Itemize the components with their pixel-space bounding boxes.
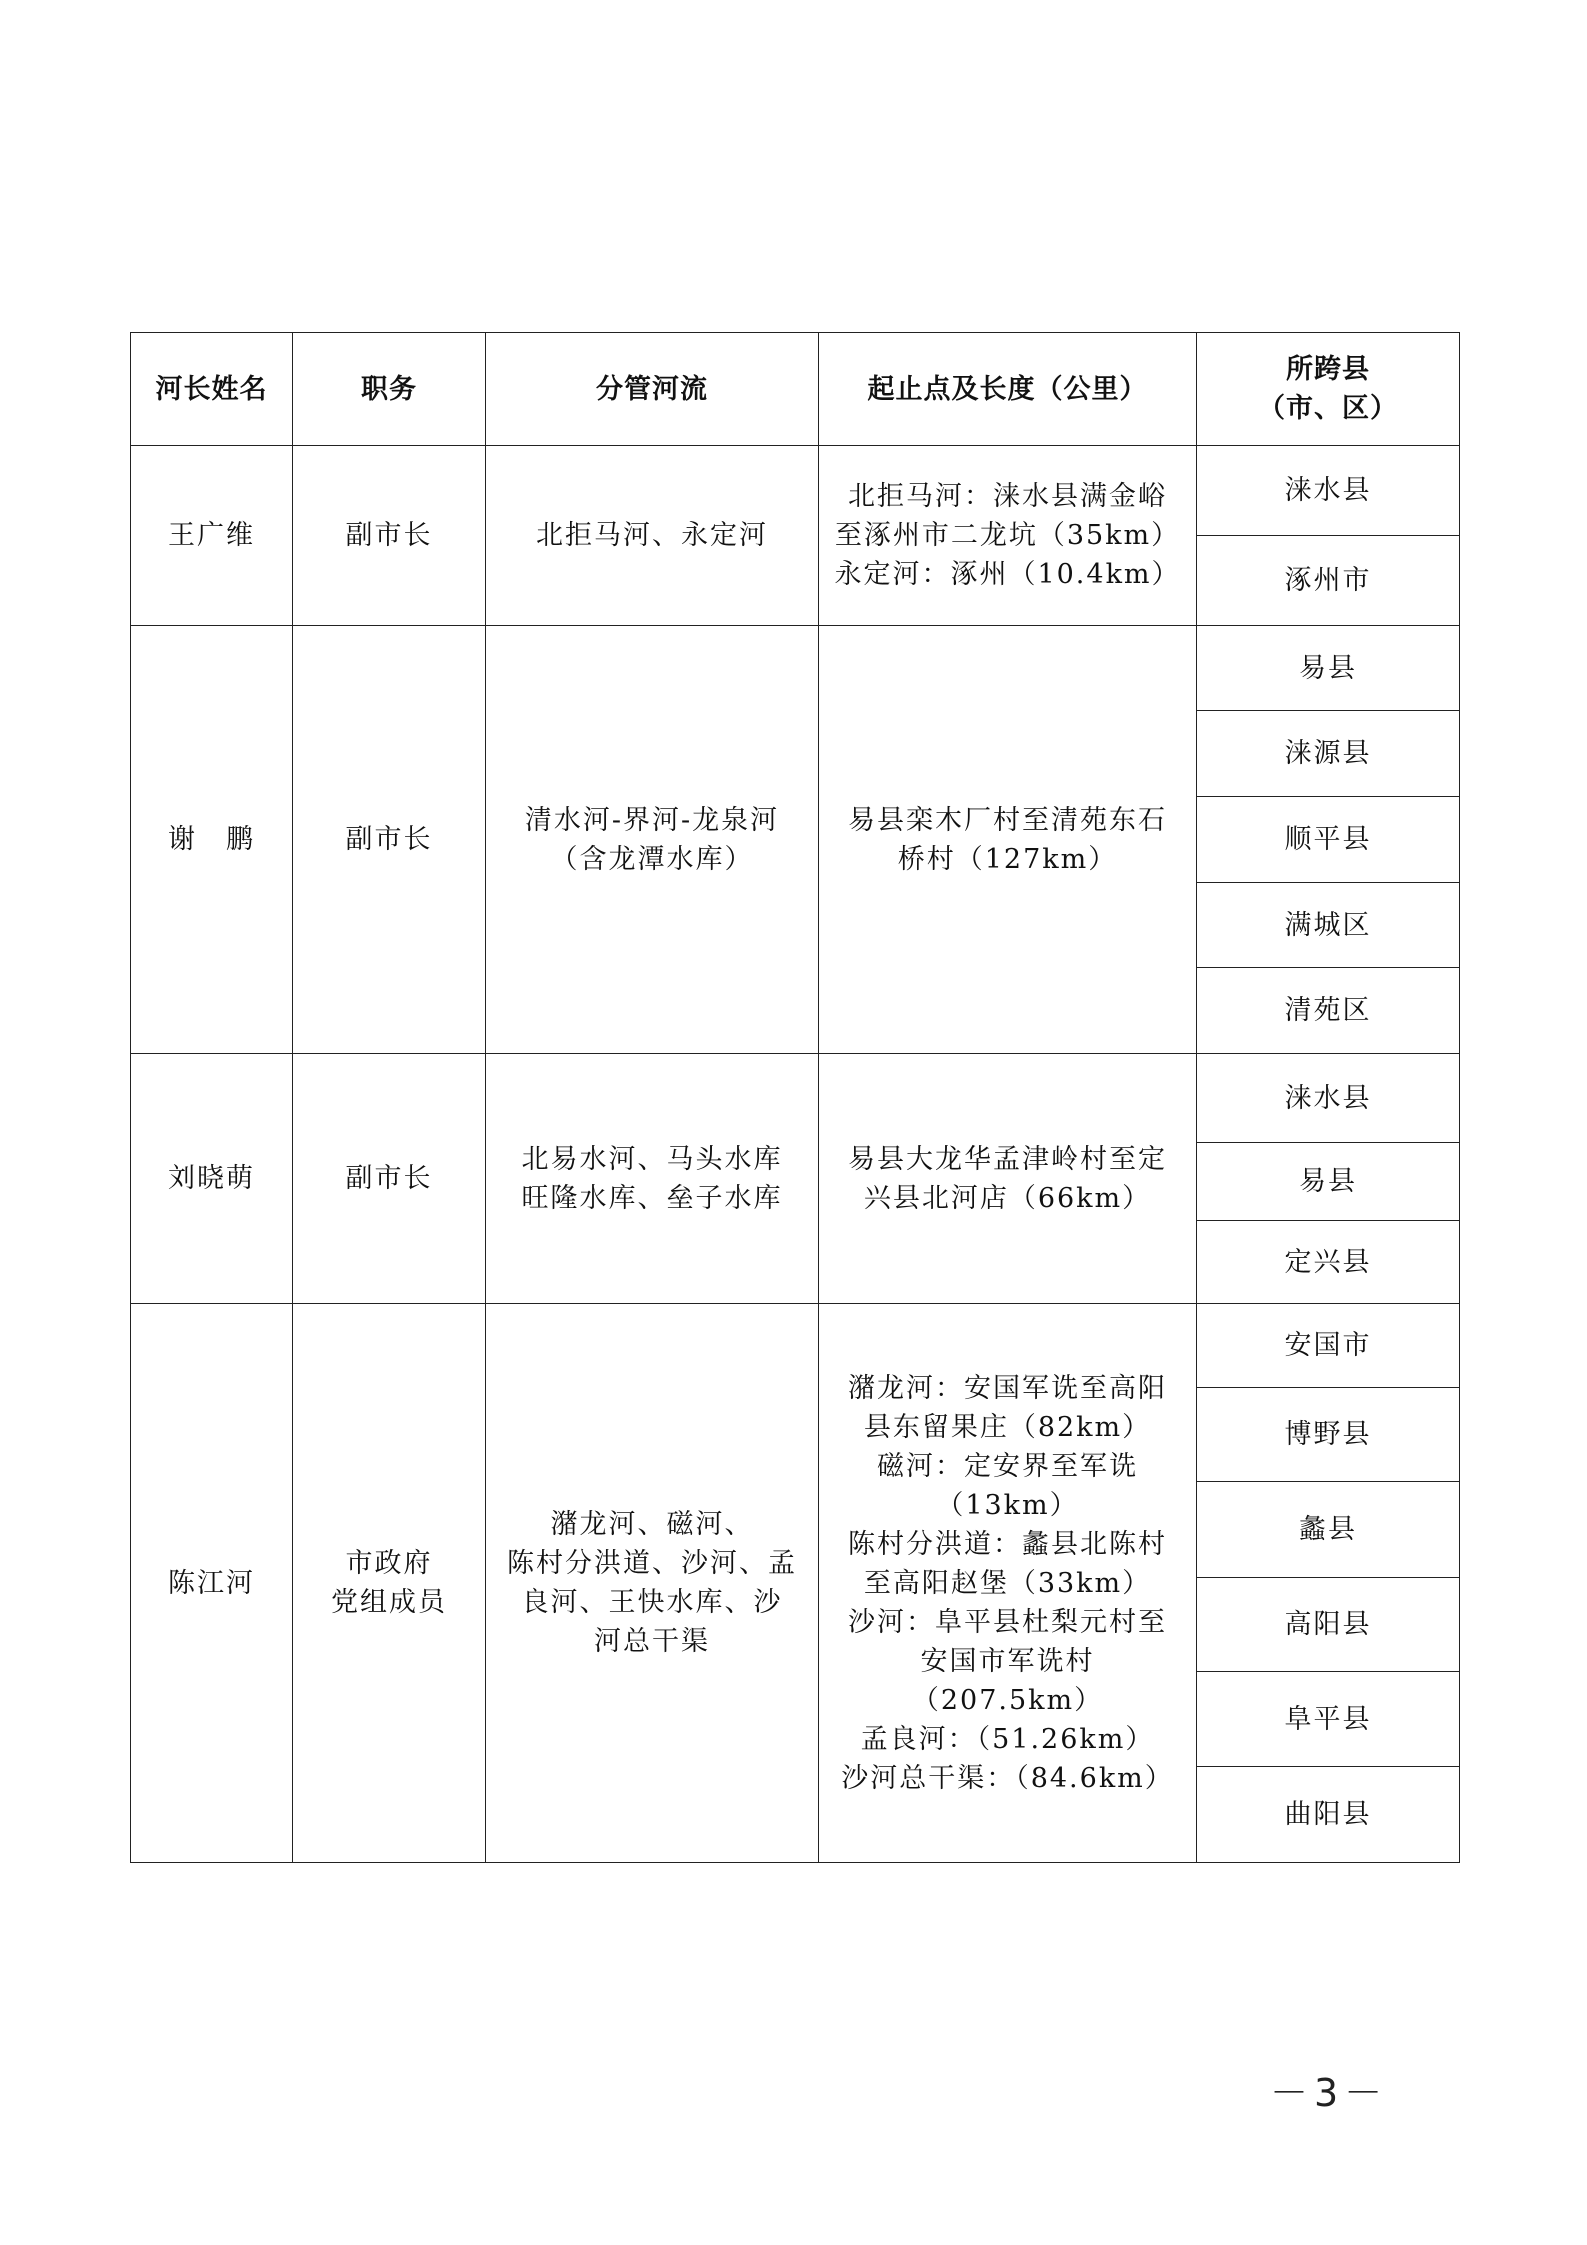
county-cell: 顺平县 <box>1197 797 1460 883</box>
chief-position: 副市长 <box>293 1054 486 1304</box>
managed-rivers: 北易水河、马头水库 旺隆水库、垒子水库 <box>486 1054 819 1304</box>
chief-position: 市政府 党组成员 <box>293 1304 486 1863</box>
county-cell: 高阳县 <box>1197 1578 1460 1672</box>
header-chief-name: 河长姓名 <box>131 333 293 446</box>
managed-rivers: 潴龙河、磁河、 陈村分洪道、沙河、孟 良河、王快水库、沙 河总干渠 <box>486 1304 819 1863</box>
county-cell: 涞源县 <box>1197 711 1460 797</box>
chief-position: 副市长 <box>293 626 486 1054</box>
chief-name: 刘晓萌 <box>131 1054 293 1304</box>
county-cell: 博野县 <box>1197 1388 1460 1482</box>
county-cell: 涞水县 <box>1197 1054 1460 1143</box>
table-row: 陈江河 市政府 党组成员 潴龙河、磁河、 陈村分洪道、沙河、孟 良河、王快水库、… <box>131 1304 1460 1388</box>
county-cell: 曲阳县 <box>1197 1767 1460 1863</box>
chief-name: 谢 鹏 <box>131 626 293 1054</box>
county-cell: 阜平县 <box>1197 1672 1460 1767</box>
managed-rivers: 清水河-界河-龙泉河 （含龙潭水库） <box>486 626 819 1054</box>
header-counties: 所跨县 （市、区） <box>1197 333 1460 446</box>
county-cell: 满城区 <box>1197 883 1460 968</box>
table-header-row: 河长姓名 职务 分管河流 起止点及长度（公里） 所跨县 （市、区） <box>131 333 1460 446</box>
page-number: －3－ <box>1270 2062 1388 2117</box>
table-row: 王广维 副市长 北拒马河、永定河 北拒马河：涞水县满金峪 至涿州市二龙坑（35k… <box>131 446 1460 536</box>
county-cell: 易县 <box>1197 1143 1460 1221</box>
header-rivers: 分管河流 <box>486 333 819 446</box>
chief-name: 王广维 <box>131 446 293 626</box>
county-cell: 清苑区 <box>1197 968 1460 1054</box>
chief-position: 副市长 <box>293 446 486 626</box>
river-span: 潴龙河：安国军诜至高阳 县东留果庄（82km） 磁河：定安界至军诜 （13km）… <box>819 1304 1197 1863</box>
managed-rivers: 北拒马河、永定河 <box>486 446 819 626</box>
county-cell: 蠡县 <box>1197 1482 1460 1578</box>
river-span: 北拒马河：涞水县满金峪 至涿州市二龙坑（35km） 永定河：涿州（10.4km） <box>819 446 1197 626</box>
county-cell: 定兴县 <box>1197 1221 1460 1304</box>
table-row: 刘晓萌 副市长 北易水河、马头水库 旺隆水库、垒子水库 易县大龙华孟津岭村至定 … <box>131 1054 1460 1143</box>
river-span: 易县大龙华孟津岭村至定 兴县北河店（66km） <box>819 1054 1197 1304</box>
document-page: 河长姓名 职务 分管河流 起止点及长度（公里） 所跨县 （市、区） 王广维 副市… <box>0 0 1587 2245</box>
county-cell: 易县 <box>1197 626 1460 711</box>
county-cell: 涞水县 <box>1197 446 1460 536</box>
river-span: 易县栾木厂村至清苑东石 桥村（127km） <box>819 626 1197 1054</box>
table-row: 谢 鹏 副市长 清水河-界河-龙泉河 （含龙潭水库） 易县栾木厂村至清苑东石 桥… <box>131 626 1460 711</box>
chief-name: 陈江河 <box>131 1304 293 1863</box>
header-span-length: 起止点及长度（公里） <box>819 333 1197 446</box>
header-position: 职务 <box>293 333 486 446</box>
county-cell: 涿州市 <box>1197 536 1460 626</box>
river-chief-table: 河长姓名 职务 分管河流 起止点及长度（公里） 所跨县 （市、区） 王广维 副市… <box>130 332 1460 1863</box>
county-cell: 安国市 <box>1197 1304 1460 1388</box>
